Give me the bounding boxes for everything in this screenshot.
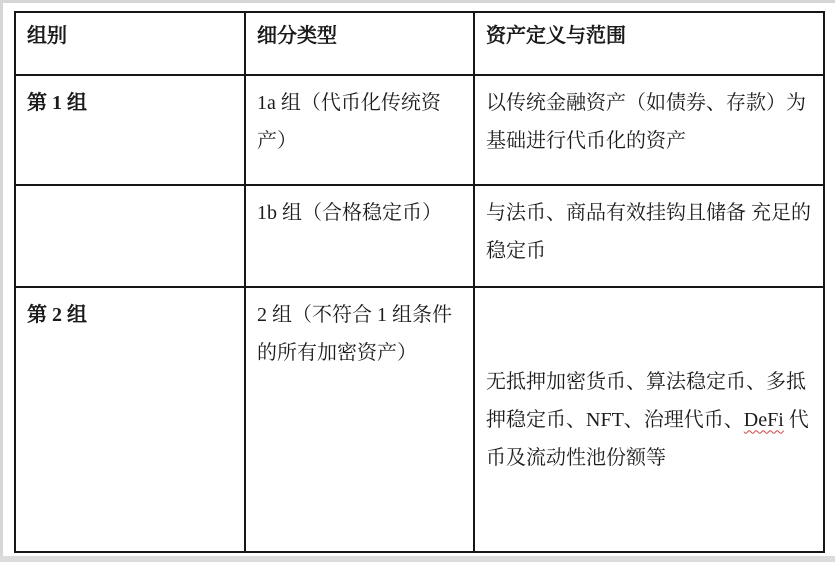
table-header-row: 组别 细分类型 资产定义与范围 [15, 12, 824, 75]
cell-definition-1a: 以传统金融资产（如债券、存款）为基础进行代币化的资产 [474, 75, 824, 185]
defi-spellcheck-underline: DeFi [744, 409, 784, 431]
cell-group-2-label: 第 2 组 [15, 287, 245, 552]
cell-type-1b: 1b 组（合格稳定币） [245, 185, 474, 287]
cell-definition-2: 无抵押加密货币、算法稳定币、多抵押稳定币、NFT、治理代币、DeFi 代币及流动… [474, 287, 824, 552]
table-row-group1a: 第 1 组 1a 组（代币化传统资产） 以传统金融资产（如债券、存款）为基础进行… [15, 75, 824, 185]
cell-type-1a: 1a 组（代币化传统资产） [245, 75, 474, 185]
page-edge-left [0, 0, 3, 562]
cell-type-2: 2 组（不符合 1 组条件的所有加密资产） [245, 287, 474, 552]
header-cell-group: 组别 [15, 12, 245, 75]
page-edge-bottom [0, 556, 835, 562]
cell-group-1-label: 第 1 组 [15, 75, 245, 185]
asset-classification-table: 组别 细分类型 资产定义与范围 第 1 组 1a 组（代币化传统资产） 以传统金… [14, 11, 825, 553]
header-cell-type: 细分类型 [245, 12, 474, 75]
header-cell-definition: 资产定义与范围 [474, 12, 824, 75]
table-row-group2: 第 2 组 2 组（不符合 1 组条件的所有加密资产） 无抵押加密货币、算法稳定… [15, 287, 824, 552]
page-edge-top [0, 0, 835, 3]
table-row-group1b: 1b 组（合格稳定币） 与法币、商品有效挂钩且储备 充足的稳定币 [15, 185, 824, 287]
cell-group-1-empty [15, 185, 245, 287]
cell-definition-1b: 与法币、商品有效挂钩且储备 充足的稳定币 [474, 185, 824, 287]
